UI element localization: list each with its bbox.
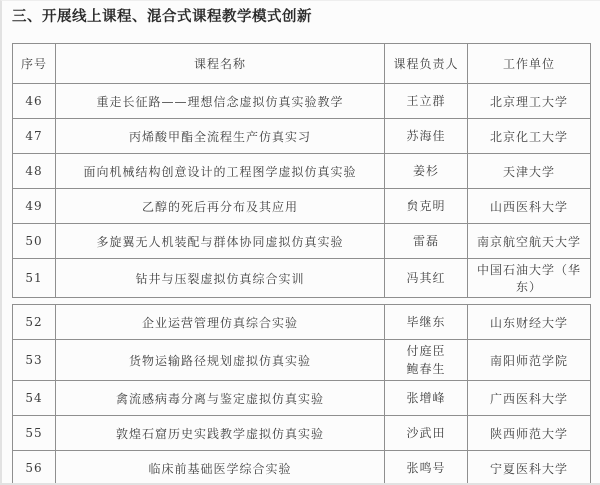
col-header-leader: 课程负责人 xyxy=(385,44,468,84)
cell-index: 53 xyxy=(13,340,56,381)
cell-unit: 南京航空航天大学 xyxy=(468,224,591,259)
table-header-row: 序号 课程名称 课程负责人 工作单位 xyxy=(13,44,591,84)
course-table-lower: 52企业运营管理仿真综合实验毕继东山东财经大学53货物运输路径规划虚拟仿真实验付… xyxy=(12,304,591,485)
cell-unit: 北京理工大学 xyxy=(468,84,591,119)
cell-leader: 雷磊 xyxy=(385,224,468,259)
cell-leader: 贠克明 xyxy=(385,189,468,224)
cell-leader: 毕继东 xyxy=(385,305,468,340)
cell-index: 55 xyxy=(13,416,56,451)
cell-index: 54 xyxy=(13,381,56,416)
cell-course-name: 钻井与压裂虚拟仿真综合实训 xyxy=(56,259,385,298)
cell-index: 46 xyxy=(13,84,56,119)
table-row-48: 48面向机械结构创意设计的工程图学虚拟仿真实验姜杉天津大学 xyxy=(13,154,591,189)
cell-unit: 山东财经大学 xyxy=(468,305,591,340)
table-row-47: 47丙烯酸甲酯全流程生产仿真实习苏海佳北京化工大学 xyxy=(13,119,591,154)
cell-index: 47 xyxy=(13,119,56,154)
table-row-52: 52企业运营管理仿真综合实验毕继东山东财经大学 xyxy=(13,305,591,340)
cell-leader: 冯其红 xyxy=(385,259,468,298)
cell-course-name: 临床前基础医学综合实验 xyxy=(56,451,385,485)
cell-index: 50 xyxy=(13,224,56,259)
cell-course-name: 禽流感病毒分离与鉴定虚拟仿真实验 xyxy=(56,381,385,416)
cell-course-name: 多旋翼无人机装配与群体协同虚拟仿真实验 xyxy=(56,224,385,259)
cell-course-name: 乙醇的死后再分布及其应用 xyxy=(56,189,385,224)
cell-course-name: 企业运营管理仿真综合实验 xyxy=(56,305,385,340)
cell-unit: 宁夏医科大学 xyxy=(468,451,591,485)
col-header-course-name: 课程名称 xyxy=(56,44,385,84)
document-page: 三、开展线上课程、混合式课程教学模式创新 序号 课程名称 课程负责人 工作单位 … xyxy=(0,0,600,485)
cell-course-name: 货物运输路径规划虚拟仿真实验 xyxy=(56,340,385,381)
cell-course-name: 重走长征路——理想信念虚拟仿真实验教学 xyxy=(56,84,385,119)
cell-leader: 付庭臣 鲍春生 xyxy=(385,340,468,381)
cell-unit: 广西医科大学 xyxy=(468,381,591,416)
section-title: 三、开展线上课程、混合式课程教学模式创新 xyxy=(12,5,312,26)
cell-course-name: 敦煌石窟历史实践教学虚拟仿真实验 xyxy=(56,416,385,451)
table-row-56: 56临床前基础医学综合实验张鸣号宁夏医科大学 xyxy=(13,451,591,485)
table-row-54: 54禽流感病毒分离与鉴定虚拟仿真实验张增峰广西医科大学 xyxy=(13,381,591,416)
cell-unit: 南阳师范学院 xyxy=(468,340,591,381)
cell-leader: 王立群 xyxy=(385,84,468,119)
cell-unit: 陕西师范大学 xyxy=(468,416,591,451)
col-header-index: 序号 xyxy=(13,44,56,84)
cell-leader: 沙武田 xyxy=(385,416,468,451)
cell-index: 56 xyxy=(13,451,56,485)
cell-index: 48 xyxy=(13,154,56,189)
cell-unit: 山西医科大学 xyxy=(468,189,591,224)
table-row-51: 51钻井与压裂虚拟仿真综合实训冯其红中国石油大学（华东） xyxy=(13,259,591,298)
cell-index: 49 xyxy=(13,189,56,224)
cell-leader: 姜杉 xyxy=(385,154,468,189)
cell-index: 52 xyxy=(13,305,56,340)
cell-leader: 张鸣号 xyxy=(385,451,468,485)
cell-unit: 北京化工大学 xyxy=(468,119,591,154)
course-table-upper: 序号 课程名称 课程负责人 工作单位 46重走长征路——理想信念虚拟仿真实验教学… xyxy=(12,43,591,298)
cell-unit: 天津大学 xyxy=(468,154,591,189)
cell-leader: 苏海佳 xyxy=(385,119,468,154)
table-row-55: 55敦煌石窟历史实践教学虚拟仿真实验沙武田陕西师范大学 xyxy=(13,416,591,451)
table-row-46: 46重走长征路——理想信念虚拟仿真实验教学王立群北京理工大学 xyxy=(13,84,591,119)
cell-unit: 中国石油大学（华东） xyxy=(468,259,591,298)
col-header-unit: 工作单位 xyxy=(468,44,591,84)
cell-course-name: 丙烯酸甲酯全流程生产仿真实习 xyxy=(56,119,385,154)
cell-course-name: 面向机械结构创意设计的工程图学虚拟仿真实验 xyxy=(56,154,385,189)
cell-leader: 张增峰 xyxy=(385,381,468,416)
table-row-49: 49乙醇的死后再分布及其应用贠克明山西医科大学 xyxy=(13,189,591,224)
table-row-50: 50多旋翼无人机装配与群体协同虚拟仿真实验雷磊南京航空航天大学 xyxy=(13,224,591,259)
table-row-53: 53货物运输路径规划虚拟仿真实验付庭臣 鲍春生南阳师范学院 xyxy=(13,340,591,381)
cell-index: 51 xyxy=(13,259,56,298)
